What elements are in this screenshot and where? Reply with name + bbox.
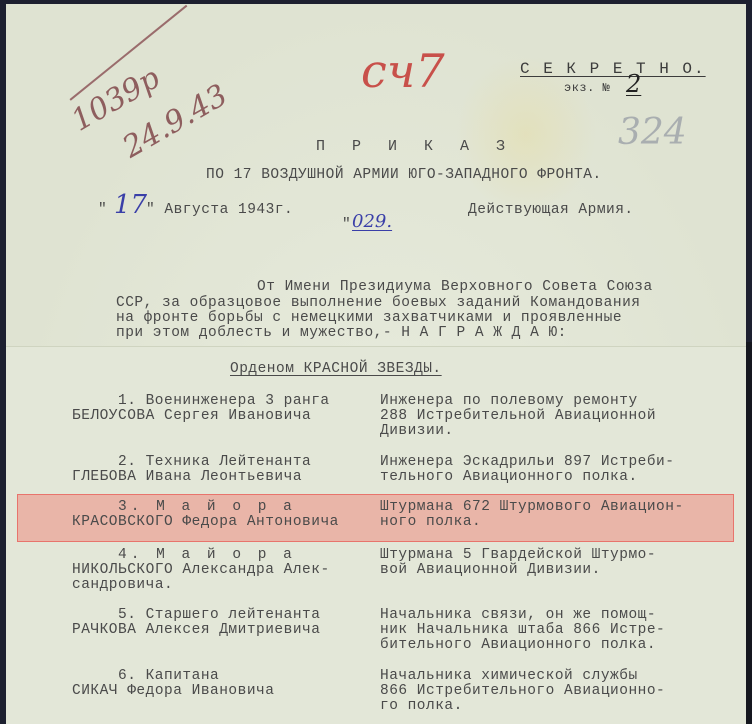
awardee-name: СИКАЧ Федора Ивановича xyxy=(72,684,274,699)
awardee-position: Дивизии. xyxy=(380,424,454,439)
copy-label: экз. № xyxy=(564,81,610,96)
awardee-position: го полка. xyxy=(380,699,463,714)
awardee-position: вой Авиационной Дивизии. xyxy=(380,563,601,578)
awardee-position: ного полка. xyxy=(380,515,481,530)
awardee-position: Начальника связи, он же помощ- xyxy=(380,608,656,623)
preamble-line-1: От Имени Президиума Верховного Совета Со… xyxy=(257,280,653,295)
awardee-rank: 5. Старшего лейтенанта xyxy=(118,608,320,623)
date-quote-open: " xyxy=(98,203,107,218)
awardee-position: Начальника химической службы xyxy=(380,669,638,684)
awardee-name: сандровича. xyxy=(72,578,173,593)
awardee-name: НИКОЛЬСКОГО Александра Алек- xyxy=(72,563,330,578)
awardee-position: 866 Истребительного Авиационно- xyxy=(380,684,665,699)
awardee-name: РАЧКОВА Алексея Дмитриевича xyxy=(72,623,320,638)
awardee-position: 288 Истребительной Авиационной xyxy=(380,409,656,424)
awardee-rank: 3. М а й о р а xyxy=(118,500,296,515)
awardee-position: Штурмана 5 Гвардейской Штурмо- xyxy=(380,548,656,563)
award-heading: Орденом КРАСНОЙ ЗВЕЗДЫ. xyxy=(230,362,442,377)
awardee-rank: 4. М а й о р а xyxy=(118,548,296,563)
awardee-position: ник Начальника штаба 866 Истре- xyxy=(380,623,665,638)
preamble-line-3: на фронте борьбы с немецкими захватчикам… xyxy=(116,311,622,326)
order-number: 029. xyxy=(352,211,392,232)
preamble-line-4: при этом доблесть и мужество,- Н А Г Р А… xyxy=(116,326,567,341)
red-pencil-mark: сч7 xyxy=(361,44,445,98)
order-number-quote: " xyxy=(342,218,351,233)
awardee-rank: 2. Техника Лейтенанта xyxy=(118,455,311,470)
awardee-position: Инженера Эскадрильи 897 Истреби- xyxy=(380,455,674,470)
awardee-position: Инженера по полевому ремонту xyxy=(380,394,638,409)
date-rest: " Августа 1943г. xyxy=(146,203,293,218)
awardee-name: БЕЛОУСОВА Сергея Ивановича xyxy=(72,409,311,424)
order-title: П Р И К А З xyxy=(316,139,514,154)
awardee-name: ГЛЕБОВА Ивана Леонтьевича xyxy=(72,470,302,485)
awardee-rank: 1. Военинженера 3 ранга xyxy=(118,394,330,409)
date-day: 17 xyxy=(114,190,147,220)
date-month-year: Августа 1943г. xyxy=(164,202,293,218)
classification-stamp: С Е К Р Е Т Н О. xyxy=(520,62,706,77)
awardee-position: тельного Авиационного полка. xyxy=(380,470,638,485)
awardee-name: КРАСОВСКОГО Федора Антоновича xyxy=(72,515,339,530)
location: Действующая Армия. xyxy=(468,203,634,218)
order-subtitle: ПО 17 ВОЗДУШНОЙ АРМИИ ЮГО-ЗАПАДНОГО ФРОН… xyxy=(206,168,602,183)
scan-edge-strip xyxy=(746,342,752,724)
grey-archive-number: 324 xyxy=(618,112,687,153)
awardee-position: Штурмана 672 Штурмового Авиацион- xyxy=(380,500,684,515)
document-page: 1039р 24.9.43 сч7 С Е К Р Е Т Н О. экз. … xyxy=(6,4,746,724)
awardee-rank: 6. Капитана xyxy=(118,669,219,684)
copy-number: 2 xyxy=(626,70,641,98)
preamble-line-2: ССР, за образцовое выполнение боевых зад… xyxy=(116,296,640,311)
awardee-position: бительного Авиационного полка. xyxy=(380,638,656,653)
